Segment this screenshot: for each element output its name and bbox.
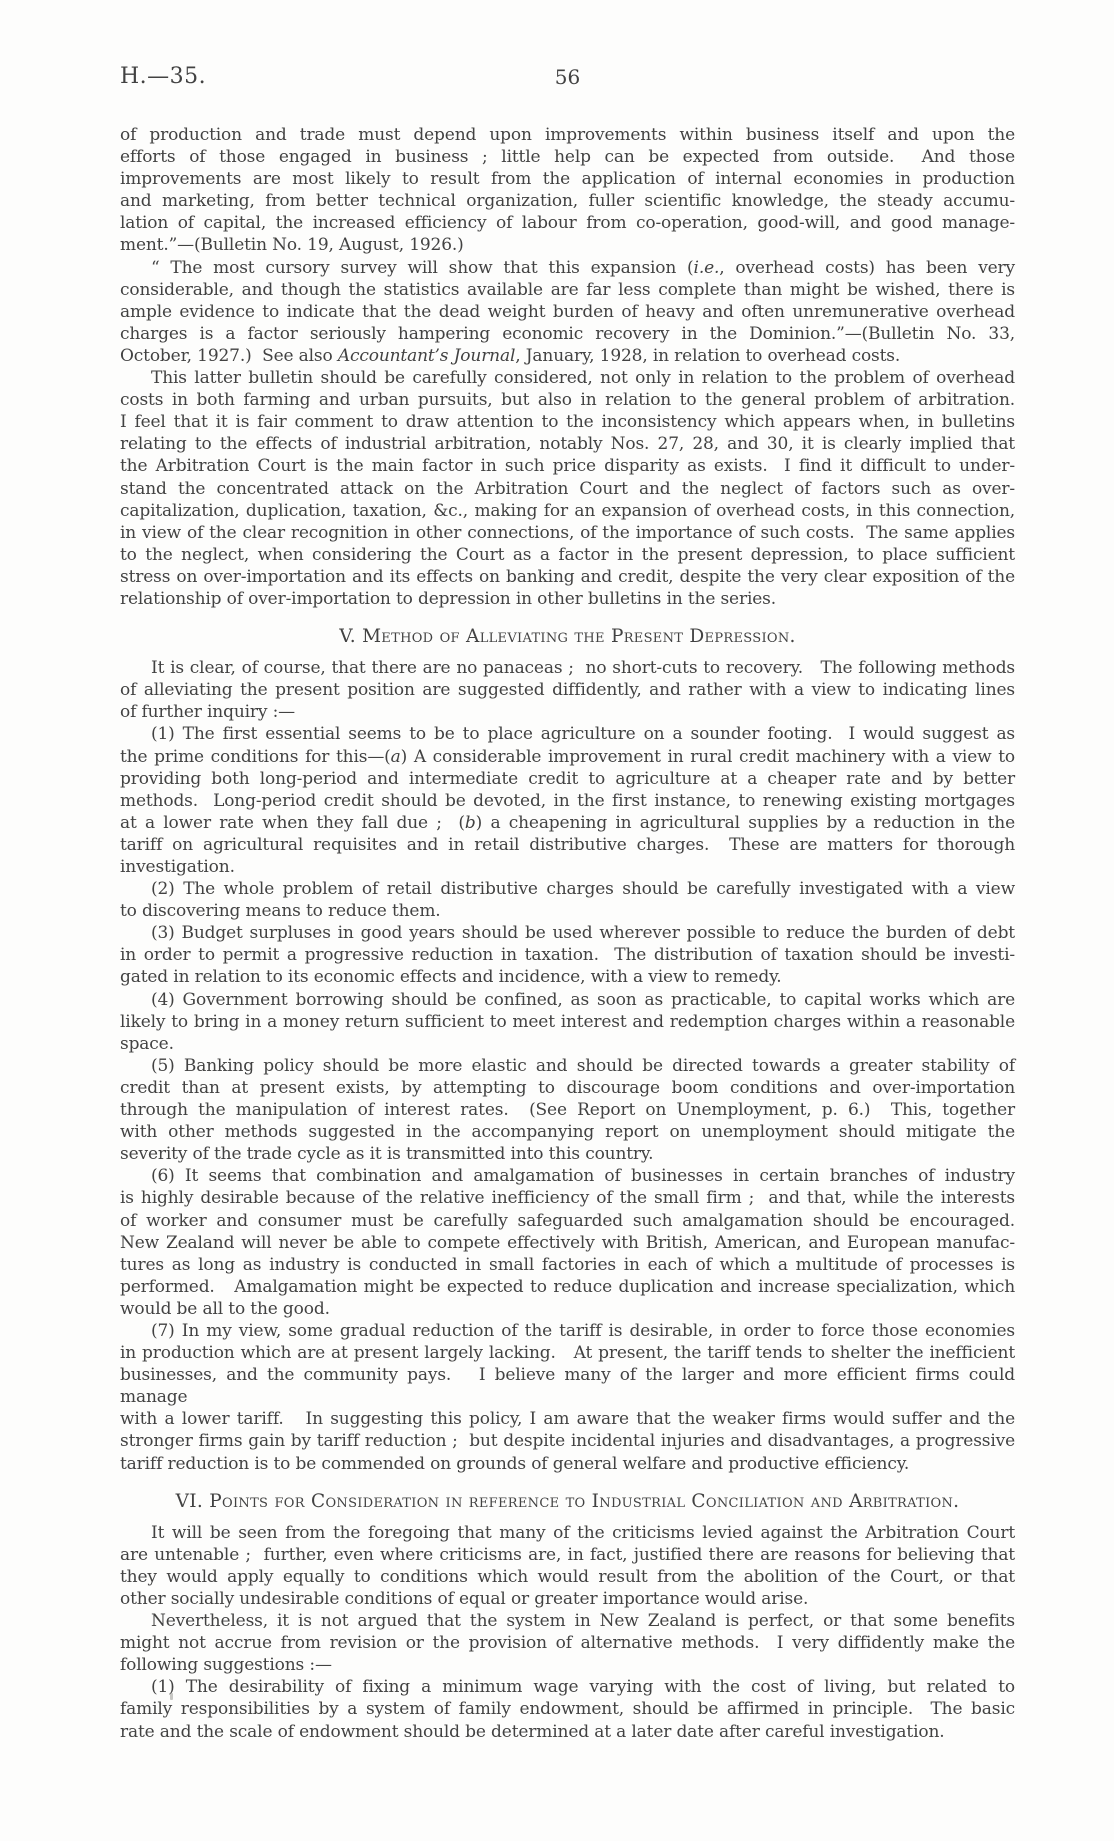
text-segment: rate and the scale of endowment should b… [120,1722,945,1742]
text-line: considerable, and though the statistics … [120,279,1015,301]
text-segment: family responsibilities by a system of f… [120,1699,1015,1719]
text-segment: improvements are most likely to result f… [120,169,1015,189]
text-line: (3) Budget surpluses in good years shoul… [120,922,1015,944]
text-line: stronger firms gain by tariff reduction … [120,1430,1015,1452]
text-segment: costs in both farming and urban pursuits… [120,390,1015,410]
text-segment: stand the concentrated attack on the Arb… [120,479,1015,499]
scan-artifact [170,1693,173,1700]
text-segment: of further inquiry :— [120,702,295,722]
text-line: tariff reduction is to be commended on g… [120,1453,1015,1475]
text-segment: likely to bring in a money return suffic… [120,1012,1015,1032]
text-segment: (1) The desirability of fixing a minimum… [151,1677,1015,1697]
text-segment: and marketing, from better technical org… [120,191,1015,211]
page-number: 56 [120,65,1015,89]
text-segment: with a lower tariff. In suggesting this … [120,1409,1015,1429]
text-line: New Zealand will never be able to compet… [120,1232,1015,1254]
text-line: would be all to the good. [120,1298,1015,1320]
text-segment: gated in relation to its economic effect… [120,967,782,987]
text-line: October, 1927.) See also Accountant’s Jo… [120,345,1015,367]
text-line: rate and the scale of endowment should b… [120,1721,1015,1743]
text-segment: in view of the clear recognition in othe… [120,523,1015,543]
text-segment: through the manipulation of interest rat… [120,1100,1015,1120]
section-heading: V. Method of Alleviating the Present Dep… [120,626,1015,648]
text-segment: with other methods suggested in the acco… [120,1122,1015,1142]
text-line: ment.”—(Bulletin No. 19, August, 1926.) [120,234,1015,256]
text-line: tariff on agricultural requisites and in… [120,834,1015,856]
text-line: costs in both farming and urban pursuits… [120,389,1015,411]
text-line: is highly desirable because of the relat… [120,1187,1015,1209]
text-line: severity of the trade cycle as it is tra… [120,1143,1015,1165]
document-body: of production and trade must depend upon… [120,124,1015,1743]
text-line: methods. Long-period credit should be de… [120,790,1015,812]
text-line: to the neglect, when considering the Cou… [120,544,1015,566]
text-line: are untenable ; further, even where crit… [120,1544,1015,1566]
text-segment: (3) Budget surpluses in good years shoul… [151,923,1015,943]
text-segment: charges is a factor seriously hampering … [120,324,1015,344]
text-segment: to discovering means to reduce them. [120,901,441,921]
text-line: improvements are most likely to result f… [120,168,1015,190]
text-segment: (6) It seems that combination and amalga… [151,1166,1015,1186]
text-segment: New Zealand will never be able to compet… [120,1233,1015,1253]
text-line: providing both long-period and intermedi… [120,768,1015,790]
text-line: relating to the effects of industrial ar… [120,433,1015,455]
text-line: This latter bulletin should be carefully… [120,367,1015,389]
text-segment: (1) The first essential seems to be to p… [151,724,1015,744]
text-segment: would be all to the good. [120,1299,330,1319]
text-line: credit than at present exists, by attemp… [120,1077,1015,1099]
text-line: (7) In my view, some gradual reduction o… [120,1320,1015,1342]
text-line: “ The most cursory survey will show that… [120,257,1015,279]
text-segment: in order to permit a progressive reducti… [120,945,1015,965]
text-segment: businesses, and the community pays. I be… [120,1365,1020,1407]
text-segment: It is clear, of course, that there are n… [151,658,1015,678]
text-segment: , January, 1928, in relation to overhead… [515,346,900,366]
text-line: in order to permit a progressive reducti… [120,944,1015,966]
text-line: with a lower tariff. In suggesting this … [120,1408,1015,1430]
text-line: (5) Banking policy should be more elasti… [120,1055,1015,1077]
text-segment: tariff on agricultural requisites and in… [120,835,1015,855]
text-line: (4) Government borrowing should be confi… [120,989,1015,1011]
text-line: I feel that it is fair comment to draw a… [120,411,1015,433]
text-segment: (2) The whole problem of retail distribu… [151,879,1015,899]
text-segment: credit than at present exists, by attemp… [120,1078,1015,1098]
text-segment: ) a cheapening in agricultural supplies … [476,813,1015,833]
text-segment: stronger firms gain by tariff reduction … [120,1431,1015,1451]
text-line: relationship of over-importation to depr… [120,588,1015,610]
text-line: investigation. [120,856,1015,878]
text-line: in view of the clear recognition in othe… [120,522,1015,544]
text-line: of further inquiry :— [120,701,1015,723]
text-line: of worker and consumer must be carefully… [120,1210,1015,1232]
text-line: stress on over-importation and its effec… [120,566,1015,588]
text-segment: is highly desirable because of the relat… [120,1188,1015,1208]
text-segment: might not accrue from revision or the pr… [120,1633,1015,1653]
text-segment: in production which are at present large… [120,1343,1015,1363]
text-segment: are untenable ; further, even where crit… [120,1545,1015,1565]
text-segment: to the neglect, when considering the Cou… [120,545,1015,565]
text-segment: of worker and consumer must be carefully… [120,1211,1015,1231]
text-segment: considerable, and though the statistics … [120,280,1015,300]
text-segment: relationship of over-importation to depr… [120,589,776,609]
text-segment: of production and trade must depend upon… [120,125,1015,145]
text-line: charges is a factor seriously hampering … [120,323,1015,345]
text-segment: This latter bulletin should be carefully… [151,368,1015,388]
text-segment: ample evidence to indicate that the dead… [120,302,1015,322]
text-segment: they would apply equally to conditions w… [120,1567,1015,1587]
text-line: at a lower rate when they fall due ; (b)… [120,812,1015,834]
text-segment: I feel that it is fair comment to draw a… [120,412,1015,432]
document-page: H.—35. 56 of production and trade must d… [0,0,1114,1841]
text-segment: It will be seen from the foregoing that … [151,1523,1015,1543]
text-line: capitalization, duplication, taxation, &… [120,500,1015,522]
text-segment: October, 1927.) See also [120,346,338,366]
text-segment: (5) Banking policy should be more elasti… [151,1056,1015,1076]
text-line: following suggestions :— [120,1654,1015,1676]
text-segment: space. [120,1034,174,1054]
text-segment: efforts of those engaged in business ; l… [120,147,1015,167]
italic-text: Accountant’s Journal [338,346,515,366]
text-line: other socially undesirable conditions of… [120,1588,1015,1610]
text-line: efforts of those engaged in business ; l… [120,146,1015,168]
text-segment: capitalization, duplication, taxation, &… [120,501,1015,521]
text-segment: performed. Amalgamation might be expecte… [120,1277,1015,1297]
text-segment: Nevertheless, it is not argued that the … [151,1611,1015,1631]
text-segment: (7) In my view, some gradual reduction o… [151,1321,1015,1341]
text-segment: tures as long as industry is conducted i… [120,1255,1015,1275]
text-segment: severity of the trade cycle as it is tra… [120,1144,653,1164]
italic-text: a [391,747,401,767]
text-line: It is clear, of course, that there are n… [120,657,1015,679]
text-segment: providing both long-period and intermedi… [120,769,1015,789]
text-line: businesses, and the community pays. I be… [120,1364,1015,1408]
text-segment: the prime conditions for this—( [120,747,391,767]
text-line: tures as long as industry is conducted i… [120,1254,1015,1276]
text-segment: the Arbitration Court is the main factor… [120,456,1015,476]
page-header: H.—35. 56 [120,64,1015,90]
text-segment: relating to the effects of industrial ar… [120,434,1015,454]
text-segment: (4) Government borrowing should be confi… [151,990,1015,1010]
italic-text: i.e. [694,258,720,278]
text-line: might not accrue from revision or the pr… [120,1632,1015,1654]
text-segment: ) A considerable improvement in rural cr… [401,747,1015,767]
text-line: stand the concentrated attack on the Arb… [120,478,1015,500]
text-segment: , overhead costs) has been very [719,258,1015,278]
text-segment: of alleviating the present position are … [120,680,1015,700]
text-segment: stress on over-importation and its effec… [120,567,1015,587]
text-line: to discovering means to reduce them. [120,900,1015,922]
text-line: and marketing, from better technical org… [120,190,1015,212]
text-line: (2) The whole problem of retail distribu… [120,878,1015,900]
text-line: in production which are at present large… [120,1342,1015,1364]
section-heading: VI. Points for Consideration in referenc… [120,1491,1015,1513]
text-line: the Arbitration Court is the main factor… [120,455,1015,477]
text-line: It will be seen from the foregoing that … [120,1522,1015,1544]
text-line: of alleviating the present position are … [120,679,1015,701]
text-line: (6) It seems that combination and amalga… [120,1165,1015,1187]
text-line: the prime conditions for this—(a) A cons… [120,746,1015,768]
text-line: family responsibilities by a system of f… [120,1698,1015,1720]
text-segment: investigation. [120,857,235,877]
text-segment: ment.”—(Bulletin No. 19, August, 1926.) [120,235,464,255]
text-line: space. [120,1033,1015,1055]
text-line: with other methods suggested in the acco… [120,1121,1015,1143]
text-segment: tariff reduction is to be commended on g… [120,1454,909,1474]
text-line: of production and trade must depend upon… [120,124,1015,146]
text-segment: methods. Long-period credit should be de… [120,791,1015,811]
text-line: performed. Amalgamation might be expecte… [120,1276,1015,1298]
text-line: (1) The first essential seems to be to p… [120,723,1015,745]
text-segment: “ The most cursory survey will show that… [151,258,694,278]
text-line: lation of capital, the increased efficie… [120,212,1015,234]
text-line: they would apply equally to conditions w… [120,1566,1015,1588]
text-line: (1) The desirability of fixing a minimum… [120,1676,1015,1698]
text-segment: at a lower rate when they fall due ; ( [120,813,465,833]
text-line: Nevertheless, it is not argued that the … [120,1610,1015,1632]
text-segment: following suggestions :— [120,1655,332,1675]
text-segment: lation of capital, the increased efficie… [120,213,1015,233]
text-line: ample evidence to indicate that the dead… [120,301,1015,323]
text-segment: other socially undesirable conditions of… [120,1589,808,1609]
italic-text: b [465,813,476,833]
text-line: likely to bring in a money return suffic… [120,1011,1015,1033]
text-line: gated in relation to its economic effect… [120,966,1015,988]
text-line: through the manipulation of interest rat… [120,1099,1015,1121]
